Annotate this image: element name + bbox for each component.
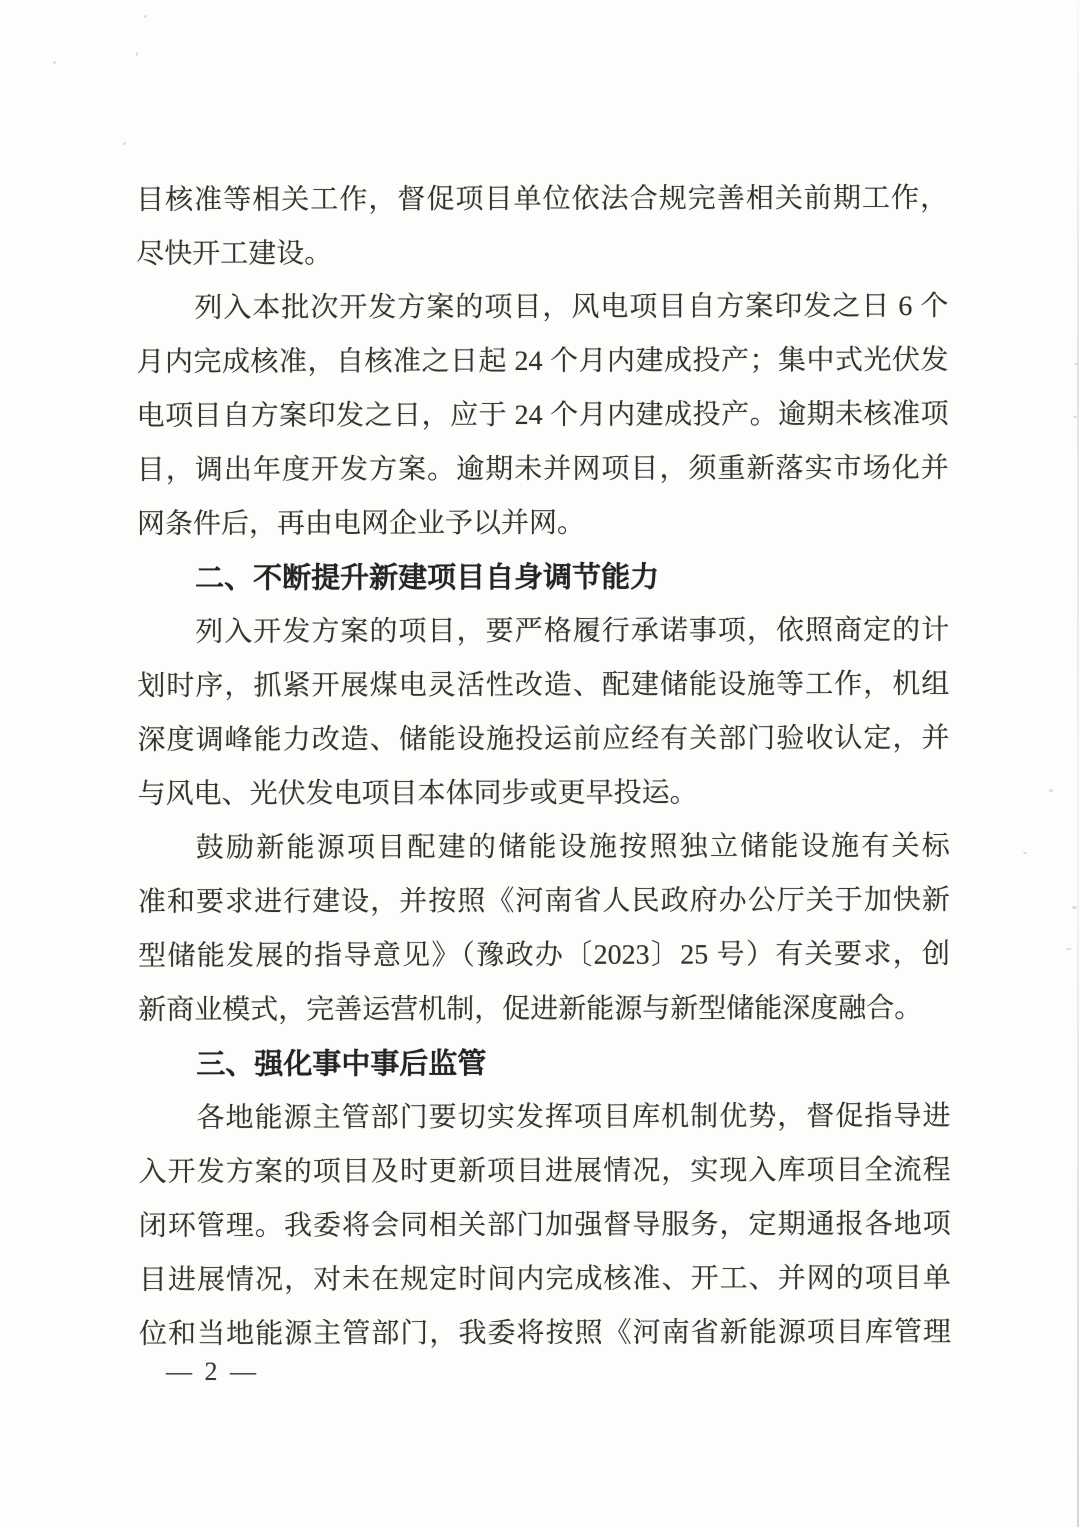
page-number: — 2 — (166, 1352, 259, 1392)
text-line: 新商业模式，完善运营机制，促进新能源与新型储能深度融合。 (138, 982, 950, 1038)
scan-speck (1049, 789, 1053, 792)
text-line: 目进展情况，对未在规定时间内完成核准、开工、并网的项目单 (139, 1252, 951, 1308)
document-body: 目核准等相关工作，督促项目单位依法合规完善相关前期工作， 尽快开工建设。 列入本… (136, 172, 951, 1362)
document-page: 目核准等相关工作，督促项目单位依法合规完善相关前期工作， 尽快开工建设。 列入本… (0, 0, 1080, 1527)
text-line: 入开发方案的项目及时更新项目进展情况，实现入库项目全流程 (139, 1144, 951, 1200)
text-line: 月内完成核准，自核准之日起 24 个月内建成投产；集中式光伏发 (136, 334, 948, 390)
text-line: 准和要求进行建设，并按照《河南省人民政府办公厅关于加快新 (138, 874, 950, 930)
text-line: 型储能发展的指导意见》（豫政办〔2023〕25 号）有关要求，创 (138, 928, 950, 984)
scan-speck (53, 61, 56, 64)
text-line: 划时序，抓紧开展煤电灵活性改造、配建储能设施等工作，机组 (137, 658, 949, 714)
text-line: 深度调峰能力改造、储能设施投运前应经有关部门验收认定，并 (137, 712, 949, 768)
scan-speck (1072, 906, 1077, 909)
scan-speck (1066, 948, 1071, 950)
text-line: 网条件后，再由电网企业予以并网。 (137, 496, 949, 552)
text-line: 目，调出年度开发方案。逾期未并网项目，须重新落实市场化并 (137, 442, 949, 498)
text-line: 列入开发方案的项目，要严格履行承诺事项，依照商定的计 (137, 604, 949, 660)
text-line: 与风电、光伏发电项目本体同步或更早投运。 (138, 766, 950, 822)
text-line: 目核准等相关工作，督促项目单位依法合规完善相关前期工作， (136, 172, 948, 228)
text-line: 列入本批次开发方案的项目，风电项目自方案印发之日 6 个 (136, 280, 948, 336)
text-line: 鼓励新能源项目配建的储能设施按照独立储能设施有关标 (138, 820, 950, 876)
scan-speck (144, 15, 147, 18)
scan-speck (1073, 416, 1077, 418)
scan-speck (1074, 363, 1078, 365)
text-line: 闭环管理。我委将会同相关部门加强督导服务，定期通报各地项 (139, 1198, 951, 1254)
text-line: 电项目自方案印发之日，应于 24 个月内建成投产。逾期未核准项 (137, 388, 949, 444)
section-heading-2: 二、不断提升新建项目自身调节能力 (137, 550, 949, 606)
text-line: 尽快开工建设。 (136, 226, 948, 282)
scan-edge-shadow (1077, 0, 1079, 1527)
text-line: 各地能源主管部门要切实发挥项目库机制优势，督促指导进 (138, 1090, 950, 1146)
scan-speck (136, 52, 138, 56)
scan-speck (1023, 852, 1027, 854)
scan-speck (123, 142, 126, 145)
section-heading-3: 三、强化事中事后监管 (138, 1036, 950, 1092)
text-line: 位和当地能源主管部门，我委将按照《河南省新能源项目库管理 (139, 1306, 951, 1362)
